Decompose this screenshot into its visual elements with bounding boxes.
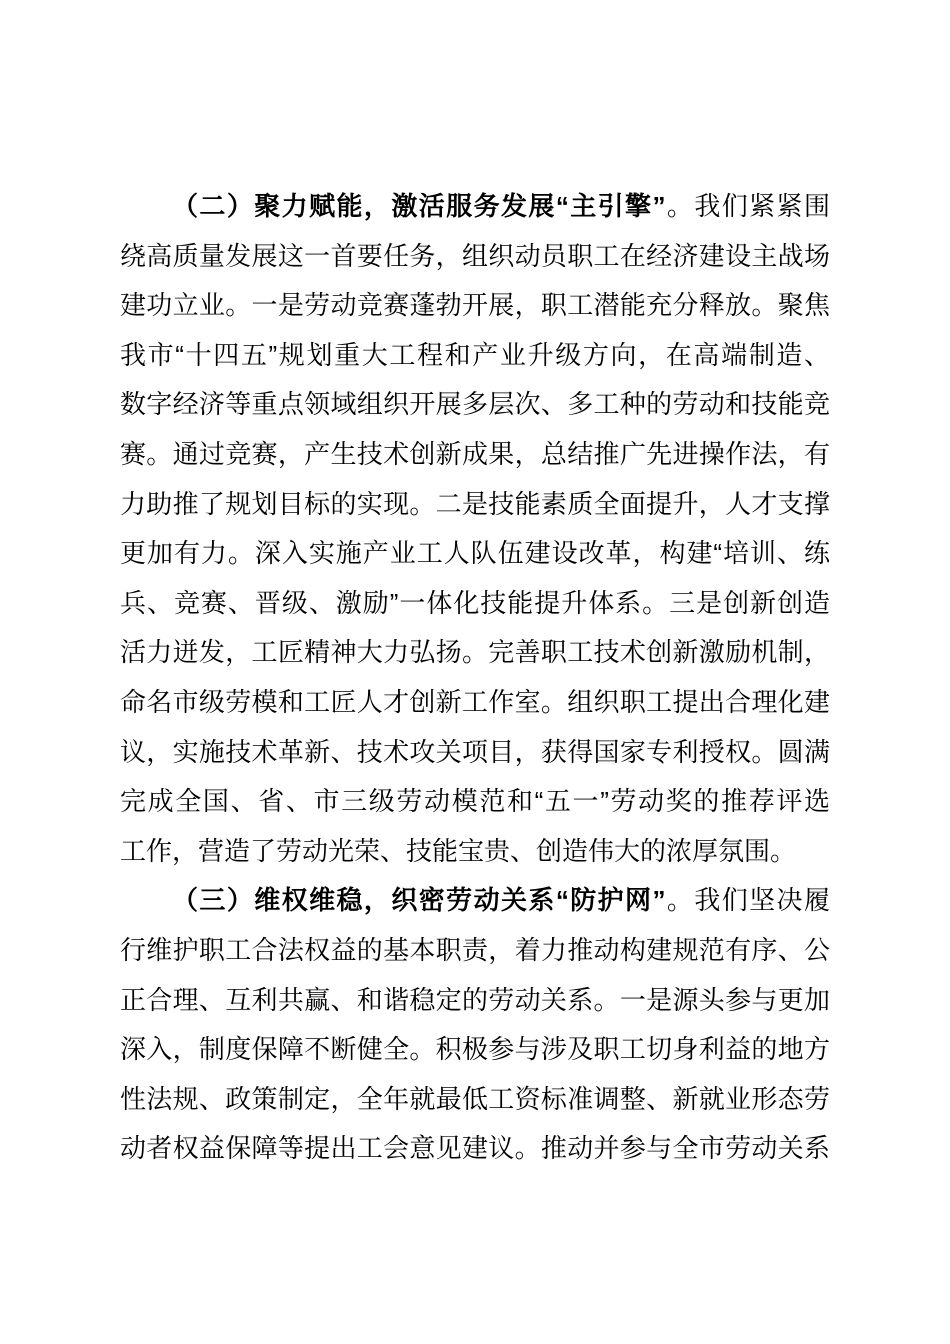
text-line: 兵、竞赛、晋级、激励”一体化技能提升体系。三是创新创造 bbox=[120, 579, 830, 629]
section-heading-text: （三）维权维稳，织密劳动关系“防护网” bbox=[172, 885, 665, 915]
body-text: 我市“十四五”规划重大工程和产业升级方向，在高端制造、 bbox=[120, 340, 830, 370]
body-text: 动者权益保障等提出工会意见建议。推动并参与全市劳动关系 bbox=[120, 1133, 830, 1163]
text-line: 建功立业。一是劳动竞赛蓬勃开展，职工潜能充分释放。聚焦 bbox=[120, 281, 830, 331]
body-text: 工作，营造了劳动光荣、技能宝贵、创造伟大的浓厚氛围。 bbox=[120, 836, 796, 866]
text-line: 深入，制度保障不断健全。积极参与涉及职工切身利益的地方 bbox=[120, 1025, 830, 1075]
body-text: 深入，制度保障不断健全。积极参与涉及职工切身利益的地方 bbox=[120, 1034, 830, 1064]
body-text: 数字经济等重点领域组织开展多层次、多工种的劳动和技能竞 bbox=[120, 389, 830, 419]
body-text: 绕高质量发展这一首要任务，组织动员职工在经济建设主战场 bbox=[120, 241, 830, 271]
body-text: 议，实施技术革新、技术攻关项目，获得国家专利授权。圆满 bbox=[120, 737, 830, 767]
body-text: 完成全国、省、市三级劳动模范和“五一”劳动奖的推荐评选 bbox=[120, 786, 830, 816]
text-line: 赛。通过竞赛，产生技术创新成果，总结推广先进操作法，有 bbox=[120, 430, 830, 480]
body-text: 建功立业。一是劳动竞赛蓬勃开展，职工潜能充分释放。聚焦 bbox=[120, 290, 830, 320]
body-text: 。我们坚决履 bbox=[665, 885, 830, 915]
body-text: 性法规、政策制定，全年就最低工资标准调整、新就业形态劳 bbox=[120, 1084, 830, 1114]
body-text: 正合理、互利共赢、和谐稳定的劳动关系。一是源头参与更加 bbox=[120, 985, 830, 1015]
text-line: 正合理、互利共赢、和谐稳定的劳动关系。一是源头参与更加 bbox=[120, 976, 830, 1026]
text-line: 绕高质量发展这一首要任务，组织动员职工在经济建设主战场 bbox=[120, 232, 830, 282]
body-text: 。我们紧紧围 bbox=[665, 191, 830, 221]
text-line: 数字经济等重点领域组织开展多层次、多工种的劳动和技能竞 bbox=[120, 380, 830, 430]
body-text: 赛。通过竞赛，产生技术创新成果，总结推广先进操作法，有 bbox=[120, 439, 830, 469]
body-text: 行维护职工合法权益的基本职责，着力推动构建规范有序、公 bbox=[120, 935, 830, 965]
text-line: 命名市级劳模和工匠人才创新工作室。组织职工提出合理化建 bbox=[120, 678, 830, 728]
text-line: 力助推了规划目标的实现。二是技能素质全面提升，人才支撑 bbox=[120, 480, 830, 530]
text-line: 行维护职工合法权益的基本职责，着力推动构建规范有序、公 bbox=[120, 926, 830, 976]
section-heading-text: （二）聚力赋能，激活服务发展“主引擎” bbox=[172, 191, 665, 221]
text-line: 议，实施技术革新、技术攻关项目，获得国家专利授权。圆满 bbox=[120, 728, 830, 778]
text-line: 我市“十四五”规划重大工程和产业升级方向，在高端制造、 bbox=[120, 331, 830, 381]
body-text: 命名市级劳模和工匠人才创新工作室。组织职工提出合理化建 bbox=[120, 687, 830, 717]
paragraph-first-line: （三）维权维稳，织密劳动关系“防护网”。我们坚决履 bbox=[120, 876, 830, 926]
text-line: 活力迸发，工匠精神大力弘扬。完善职工技术创新激励机制， bbox=[120, 628, 830, 678]
text-line: 更加有力。深入实施产业工人队伍建设改革，构建“培训、练 bbox=[120, 529, 830, 579]
body-text: 力助推了规划目标的实现。二是技能素质全面提升，人才支撑 bbox=[120, 489, 830, 519]
body-text: 兵、竞赛、晋级、激励”一体化技能提升体系。三是创新创造 bbox=[120, 588, 830, 618]
paragraph-first-line: （二）聚力赋能，激活服务发展“主引擎”。我们紧紧围 bbox=[120, 182, 830, 232]
body-text: 更加有力。深入实施产业工人队伍建设改革，构建“培训、练 bbox=[120, 538, 830, 568]
body-text: 活力迸发，工匠精神大力弘扬。完善职工技术创新激励机制， bbox=[120, 637, 830, 667]
text-line: 完成全国、省、市三级劳动模范和“五一”劳动奖的推荐评选 bbox=[120, 777, 830, 827]
document-page: （二）聚力赋能，激活服务发展“主引擎”。我们紧紧围绕高质量发展这一首要任务，组织… bbox=[0, 0, 950, 1344]
text-line: 性法规、政策制定，全年就最低工资标准调整、新就业形态劳 bbox=[120, 1075, 830, 1125]
text-line: 工作，营造了劳动光荣、技能宝贵、创造伟大的浓厚氛围。 bbox=[120, 827, 830, 877]
text-line: 动者权益保障等提出工会意见建议。推动并参与全市劳动关系 bbox=[120, 1124, 830, 1174]
